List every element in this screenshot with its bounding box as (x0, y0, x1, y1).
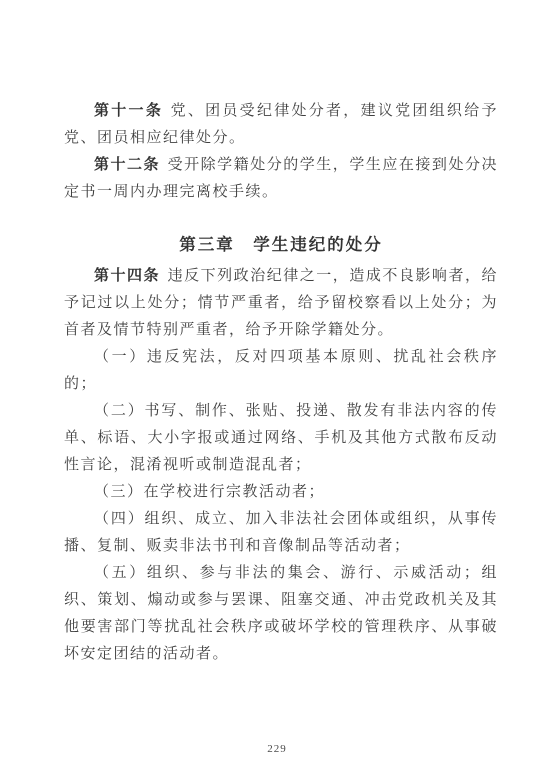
article-12: 第十二条受开除学籍处分的学生，学生应在接到处分决定书一周内办理完离校手续。 (64, 152, 498, 206)
article-12-number: 第十二条 (94, 157, 160, 173)
document-page: 第十一条党、团员受纪律处分者，建议党团组织给予党、团员相应纪律处分。 第十二条受… (0, 0, 554, 783)
clause-item-4: （四）组织、成立、加入非法社会团体或组织，从事传播、复制、贩卖非法书刊和音像制品… (64, 506, 498, 560)
clause-item-2: （二）书写、制作、张贴、投递、散发有非法内容的传单、标语、大小字报或通过网络、手… (64, 398, 498, 479)
chapter-heading: 第三章 学生违纪的处分 (64, 231, 498, 258)
page-number: 229 (0, 743, 554, 755)
article-14: 第十四条违反下列政治纪律之一，造成不良影响者，给予记过以上处分；情节严重者，给予… (64, 263, 498, 344)
clause-item-1: （一）违反宪法，反对四项基本原则、扰乱社会秩序的； (64, 344, 498, 398)
article-11: 第十一条党、团员受纪律处分者，建议党团组织给予党、团员相应纪律处分。 (64, 98, 498, 152)
article-11-number: 第十一条 (94, 103, 163, 119)
clause-item-3: （三）在学校进行宗教活动者； (64, 479, 498, 506)
article-14-number: 第十四条 (94, 268, 160, 284)
document-body: 第十一条党、团员受纪律处分者，建议党团组织给予党、团员相应纪律处分。 第十二条受… (64, 98, 498, 668)
clause-item-5: （五）组织、参与非法的集会、游行、示威活动；组织、策划、煽动或参与罢课、阻塞交通… (64, 560, 498, 668)
